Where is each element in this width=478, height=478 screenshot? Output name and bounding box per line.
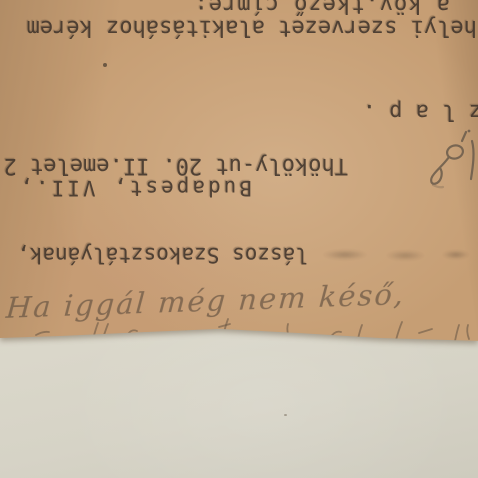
faded-ink-smudge xyxy=(308,248,476,263)
typed-line-cimre: a köv.tkező címre: xyxy=(194,0,450,16)
typed-line-szakosztaly: lászos Szakosztályának, xyxy=(17,242,476,268)
typed-period-mark xyxy=(103,63,107,67)
typed-line-szakosztaly-text: lászos Szakosztályának, xyxy=(17,243,308,267)
typewritten-paper: helyi szervezet alakitásához kérem a köv… xyxy=(0,0,478,478)
document-photo: helyi szervezet alakitásához kérem a köv… xyxy=(0,0,478,478)
typed-line-kerem: helyi szervezet alakitásához kérem xyxy=(27,15,477,39)
typed-line-thokoly: Thököly-ut 20. II.emelet 2 xyxy=(4,153,348,177)
typed-line-budapest: Budapest, VII., xyxy=(17,176,252,200)
typewritten-layer: helyi szervezet alakitásához kérem a köv… xyxy=(0,0,478,478)
typed-line-zlap: z l a p . xyxy=(363,99,478,123)
